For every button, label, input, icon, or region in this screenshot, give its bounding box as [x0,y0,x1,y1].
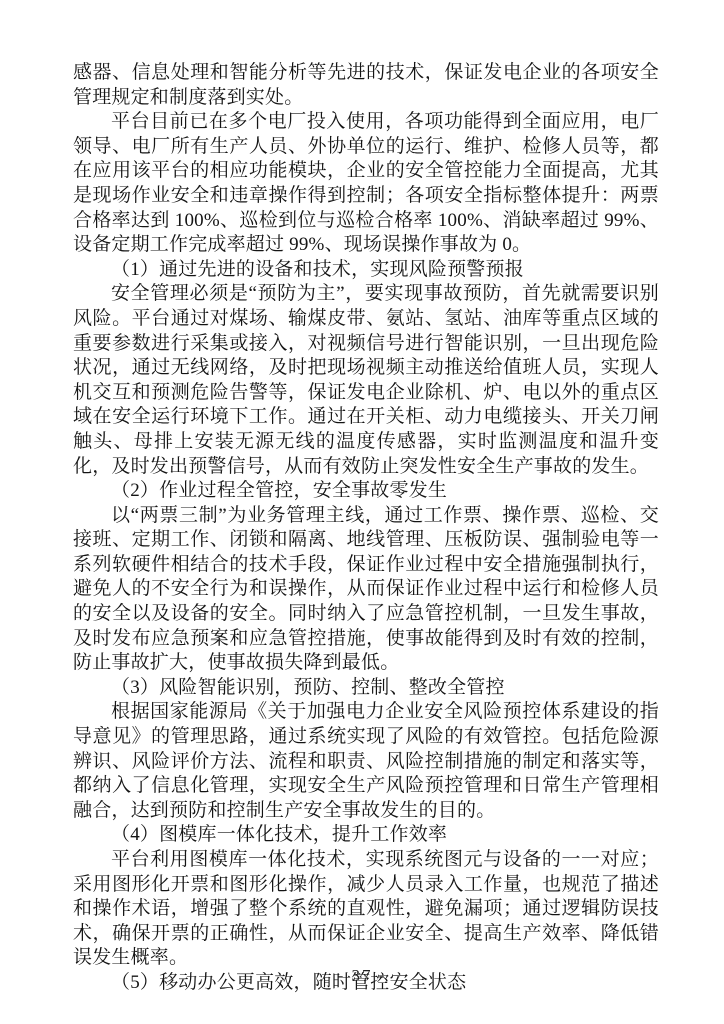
page-body-text: 感器、信息处理和智能分析等先进的技术，保证发电企业的各项安全管理规定和制度落到实… [73,61,659,996]
paragraph: 根据国家能源局《关于加强电力企业安全风险预控体系建设的指导意见》的管理思路，通过… [73,700,659,823]
paragraph: 安全管理必须是“预防为主”，要实现事故预防，首先就需要识别风险。平台通过对煤场、… [73,282,659,479]
document-page: 感器、信息处理和智能分析等先进的技术，保证发电企业的各项安全管理规定和制度落到实… [0,0,724,1024]
paragraph: （3）风险智能识别，预防、控制、整改全管控 [73,676,659,701]
paragraph: （1）通过先进的设备和技术，实现风险预警预报 [73,258,659,283]
page-number: - 37 - [0,966,724,986]
paragraph: （4）图模库一体化技术，提升工作效率 [73,823,659,848]
paragraph: 以“两票三制”为业务管理主线，通过工作票、操作票、巡检、交接班、定期工作、闭锁和… [73,504,659,676]
paragraph: 感器、信息处理和智能分析等先进的技术，保证发电企业的各项安全管理规定和制度落到实… [73,61,659,110]
paragraph: 平台目前已在多个电厂投入使用，各项功能得到全面应用，电厂领导、电厂所有生产人员、… [73,110,659,258]
paragraph: （2）作业过程全管控，安全事故零发生 [73,479,659,504]
paragraph: 平台利用图模库一体化技术，实现系统图元与设备的一一对应；采用图形化开票和图形化操… [73,848,659,971]
